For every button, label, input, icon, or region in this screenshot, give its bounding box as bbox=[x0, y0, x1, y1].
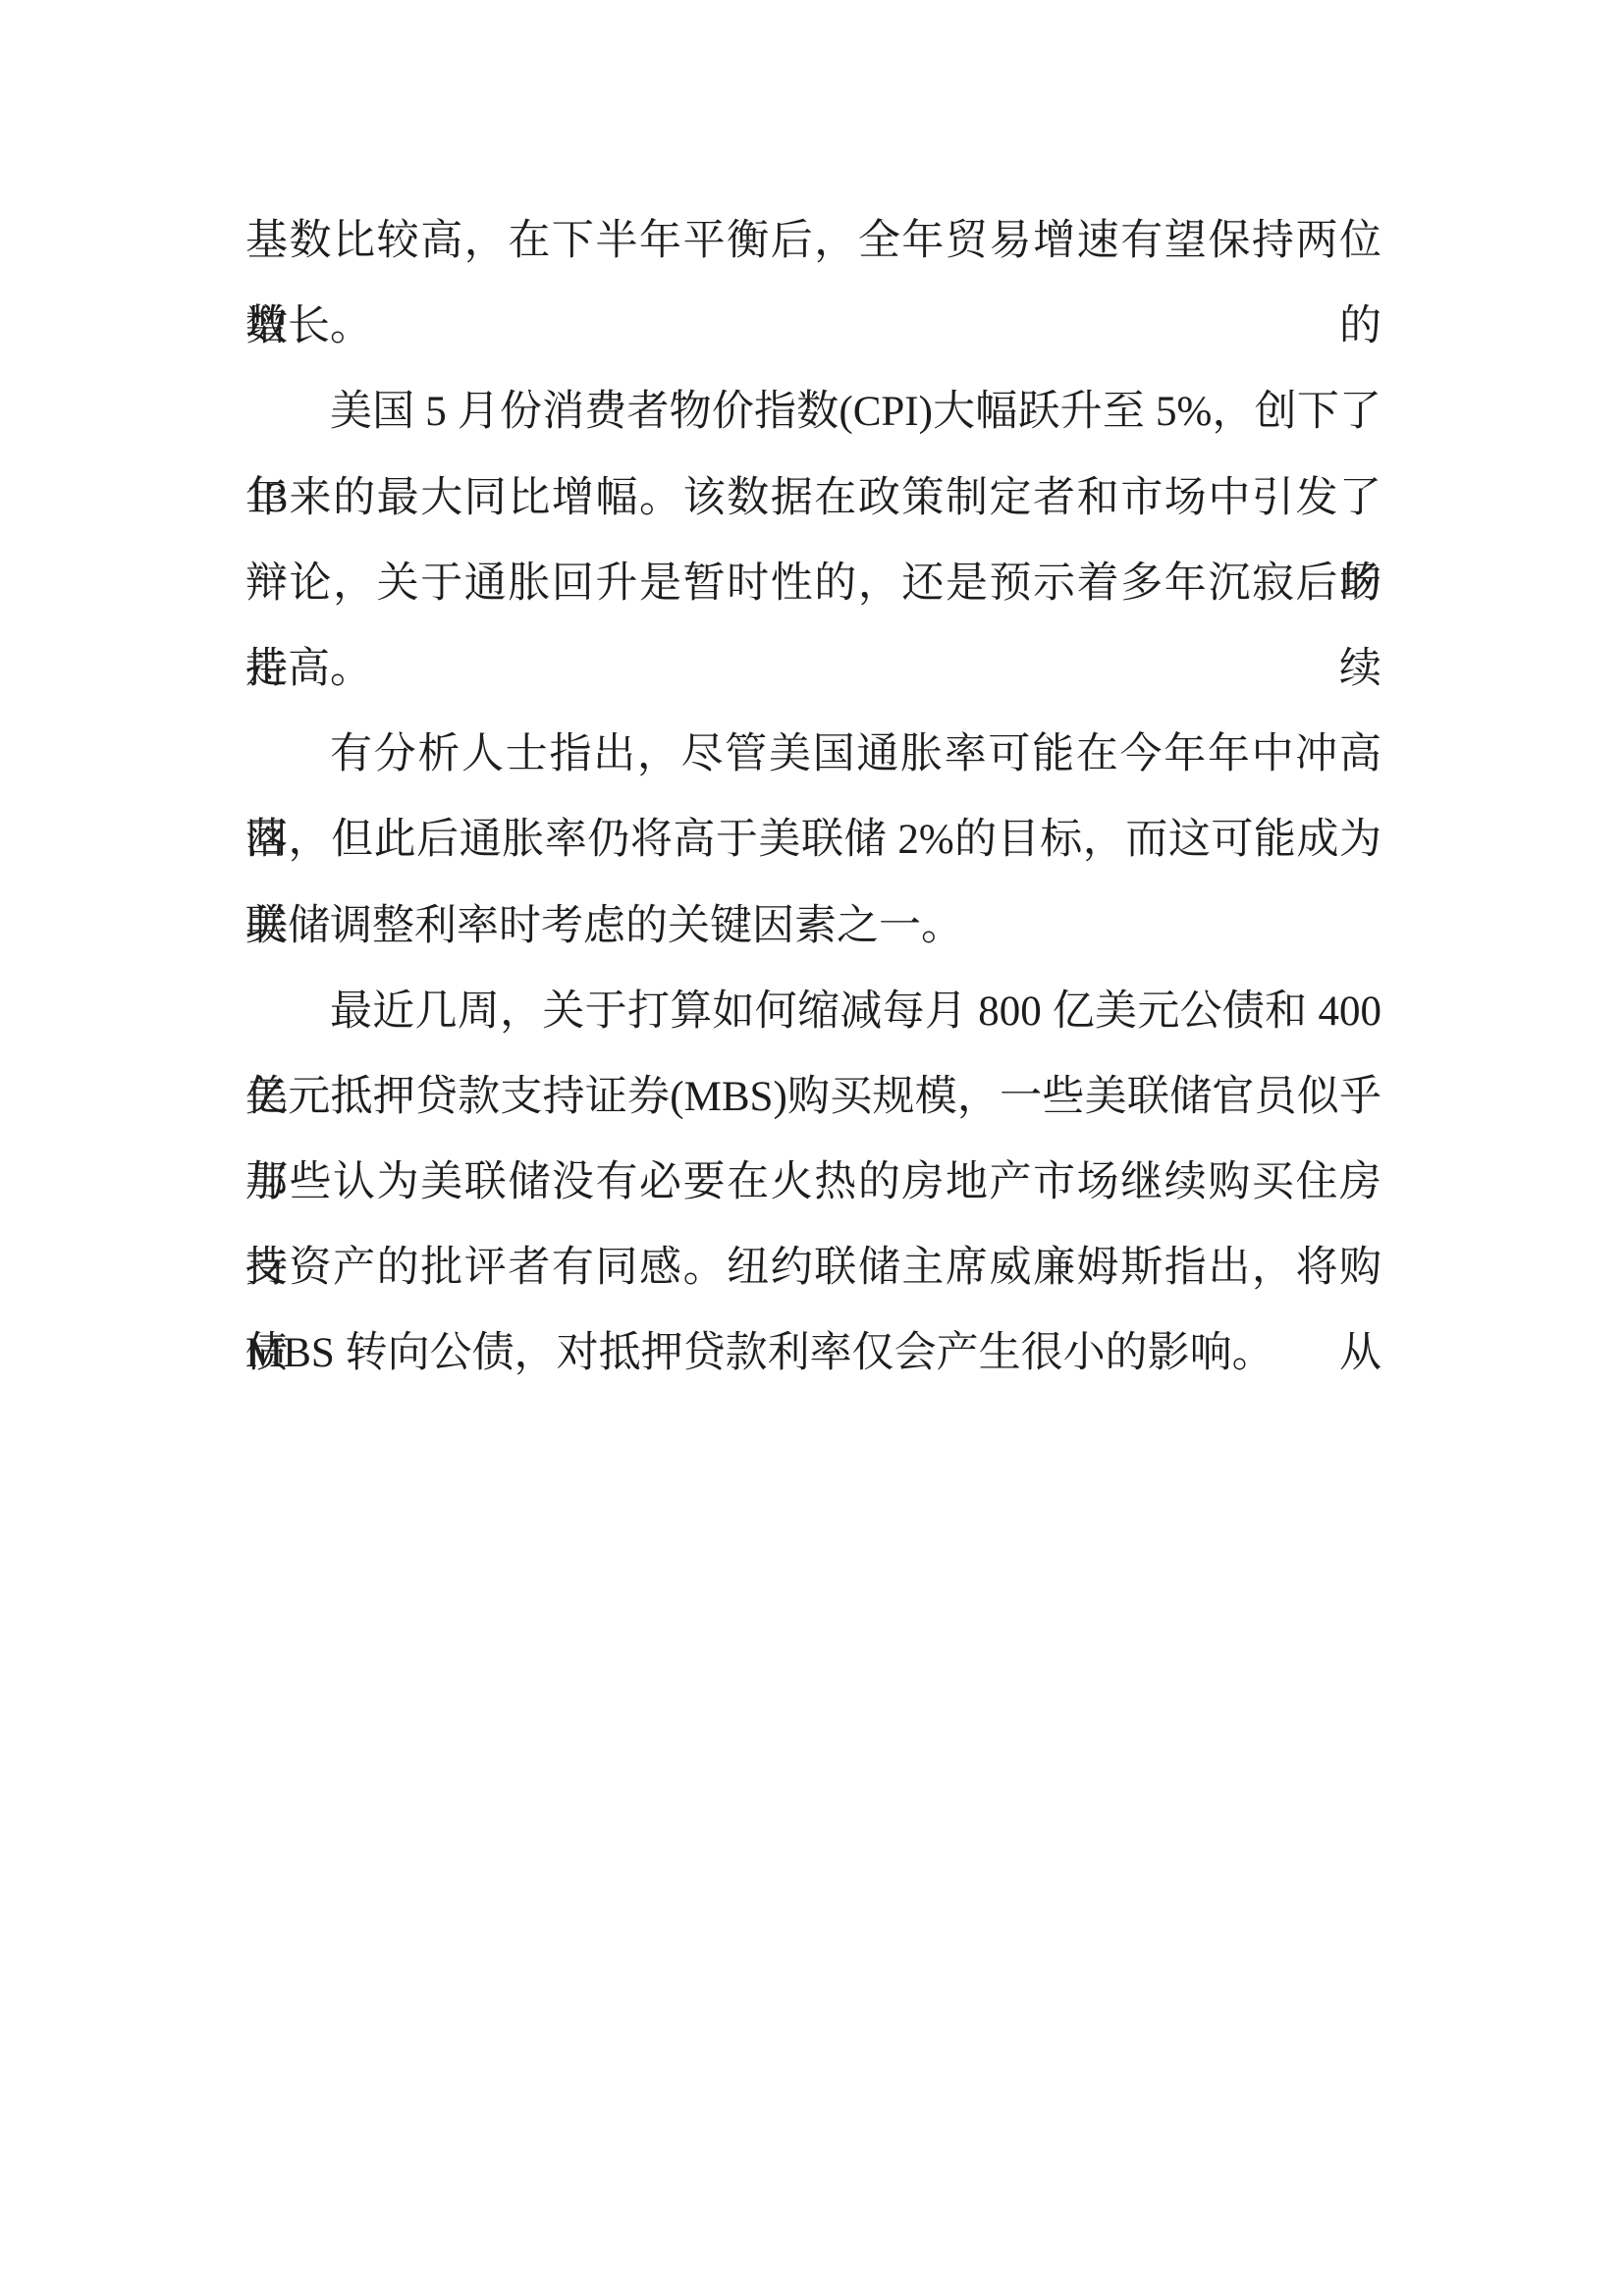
text-line: 基数比较高，在下半年平衡后，全年贸易增速有望保持两位数的 bbox=[245, 198, 1381, 284]
text-line: 年来的最大同比增幅。该数据在政策制定者和市场中引发了一场 bbox=[245, 455, 1381, 541]
text-line: 那些认为美联储没有必要在火热的房地产市场继续购买住房支 bbox=[245, 1140, 1381, 1225]
document-text-block: 基数比较高，在下半年平衡后，全年贸易增速有望保持两位数的 增长。 美国 5 月份… bbox=[245, 198, 1381, 1397]
text-line: 有分析人士指出，尽管美国通胀率可能在今年年中冲高回 bbox=[245, 712, 1381, 797]
document-page: 基数比较高，在下半年平衡后，全年贸易增速有望保持两位数的 增长。 美国 5 月份… bbox=[0, 0, 1624, 2296]
text-line: 联储调整利率时考虑的关键因素之一。 bbox=[245, 883, 1381, 969]
text-line: 辩论，关于通胀回升是暂时性的，还是预示着多年沉寂后的持续 bbox=[245, 541, 1381, 626]
text-line: 美国 5 月份消费者物价指数(CPI)大幅跃升至 5%，创下了 13 bbox=[245, 369, 1381, 454]
text-line: 持资产的批评者有同感。纽约联储主席威廉姆斯指出，将购债从 bbox=[245, 1225, 1381, 1310]
text-line: 落，但此后通胀率仍将高于美联储 2%的目标，而这可能成为美 bbox=[245, 797, 1381, 882]
text-line: MBS 转向公债，对抵押贷款利率仅会产生很小的影响。 bbox=[245, 1310, 1381, 1396]
text-line: 最近几周，关于打算如何缩减每月 800 亿美元公债和 400 亿 bbox=[245, 969, 1381, 1054]
text-line: 美元抵押贷款支持证券(MBS)购买规模，一些美联储官员似乎与 bbox=[245, 1054, 1381, 1140]
